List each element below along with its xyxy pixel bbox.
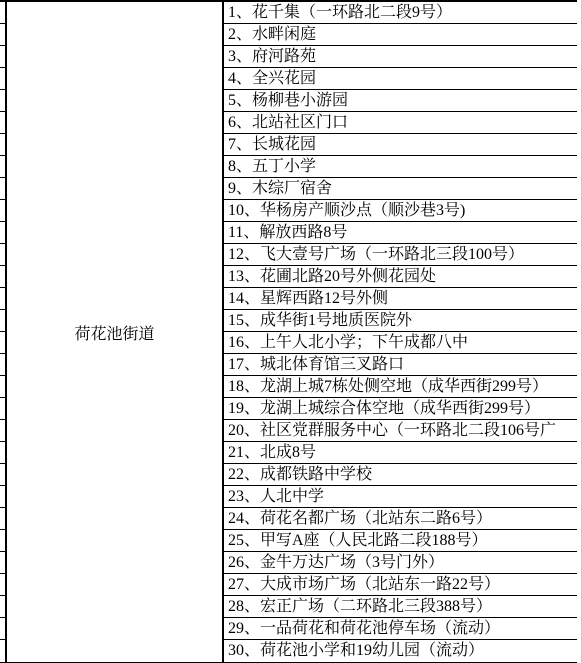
table-row: 15、成华街1号地质医院外 bbox=[224, 310, 577, 332]
table-row: 1、花千集（一环路北二段9号） bbox=[224, 2, 577, 24]
table-row: 26、金牛万达广场（3号门外） bbox=[224, 552, 577, 574]
table-row: 22、成都铁路中学校 bbox=[224, 464, 577, 486]
district-label: 荷花池街道 bbox=[74, 321, 154, 344]
table-row: 16、上午人北小学；下午成都八中 bbox=[224, 332, 577, 354]
document-page: 荷花池街道 1、花千集（一环路北二段9号）2、水畔闲庭3、府河路苑4、全兴花园5… bbox=[0, 0, 582, 663]
table-row: 6、北站社区门口 bbox=[224, 112, 577, 134]
table-row: 8、五丁小学 bbox=[224, 156, 577, 178]
table-row: 27、大成市场广场（北站东一路22号） bbox=[224, 574, 577, 596]
locations-table: 荷花池街道 1、花千集（一环路北二段9号）2、水畔闲庭3、府河路苑4、全兴花园5… bbox=[0, 0, 577, 663]
table-row: 24、荷花名都广场（北站东二路6号） bbox=[224, 508, 577, 530]
table-row: 4、全兴花园 bbox=[224, 68, 577, 90]
table-row: 30、荷花池小学和19幼儿园（流动） bbox=[224, 640, 577, 662]
table-row: 2、水畔闲庭 bbox=[224, 24, 577, 46]
table-row: 13、花圃北路20号外侧花园处 bbox=[224, 266, 577, 288]
table-row: 20、社区党群服务中心（一环路北二段106号广 bbox=[224, 420, 577, 442]
table-row: 18、龙湖上城7栋处侧空地（成华西街299号） bbox=[224, 376, 577, 398]
table-row: 7、长城花园 bbox=[224, 134, 577, 156]
table-row: 3、府河路苑 bbox=[224, 46, 577, 68]
table-row: 25、甲写A座（人民北路二段188号） bbox=[224, 530, 577, 552]
table-row: 5、杨柳巷小游园 bbox=[224, 90, 577, 112]
table-row: 11、解放西路8号 bbox=[224, 222, 577, 244]
table-row: 10、华杨房产顺沙点（顺沙巷3号) bbox=[224, 200, 577, 222]
table-row: 9、木综厂宿舍 bbox=[224, 178, 577, 200]
table-row: 23、人北中学 bbox=[224, 486, 577, 508]
table-row: 17、城北体育馆三叉路口 bbox=[224, 354, 577, 376]
table-row: 28、宏正广场（二环路北三段388号） bbox=[224, 596, 577, 618]
table-row: 29、一品荷花和荷花池停车场（流动） bbox=[224, 618, 577, 640]
table-row: 19、龙湖上城综合体空地（成华西街299号） bbox=[224, 398, 577, 420]
table-row: 12、飞大壹号广场（一环路北三段100号） bbox=[224, 244, 577, 266]
table-row: 14、星辉西路12号外侧 bbox=[224, 288, 577, 310]
table-row: 21、北成8号 bbox=[224, 442, 577, 464]
district-cell: 荷花池街道 bbox=[5, 2, 222, 662]
location-rows: 1、花千集（一环路北二段9号）2、水畔闲庭3、府河路苑4、全兴花园5、杨柳巷小游… bbox=[222, 2, 577, 662]
